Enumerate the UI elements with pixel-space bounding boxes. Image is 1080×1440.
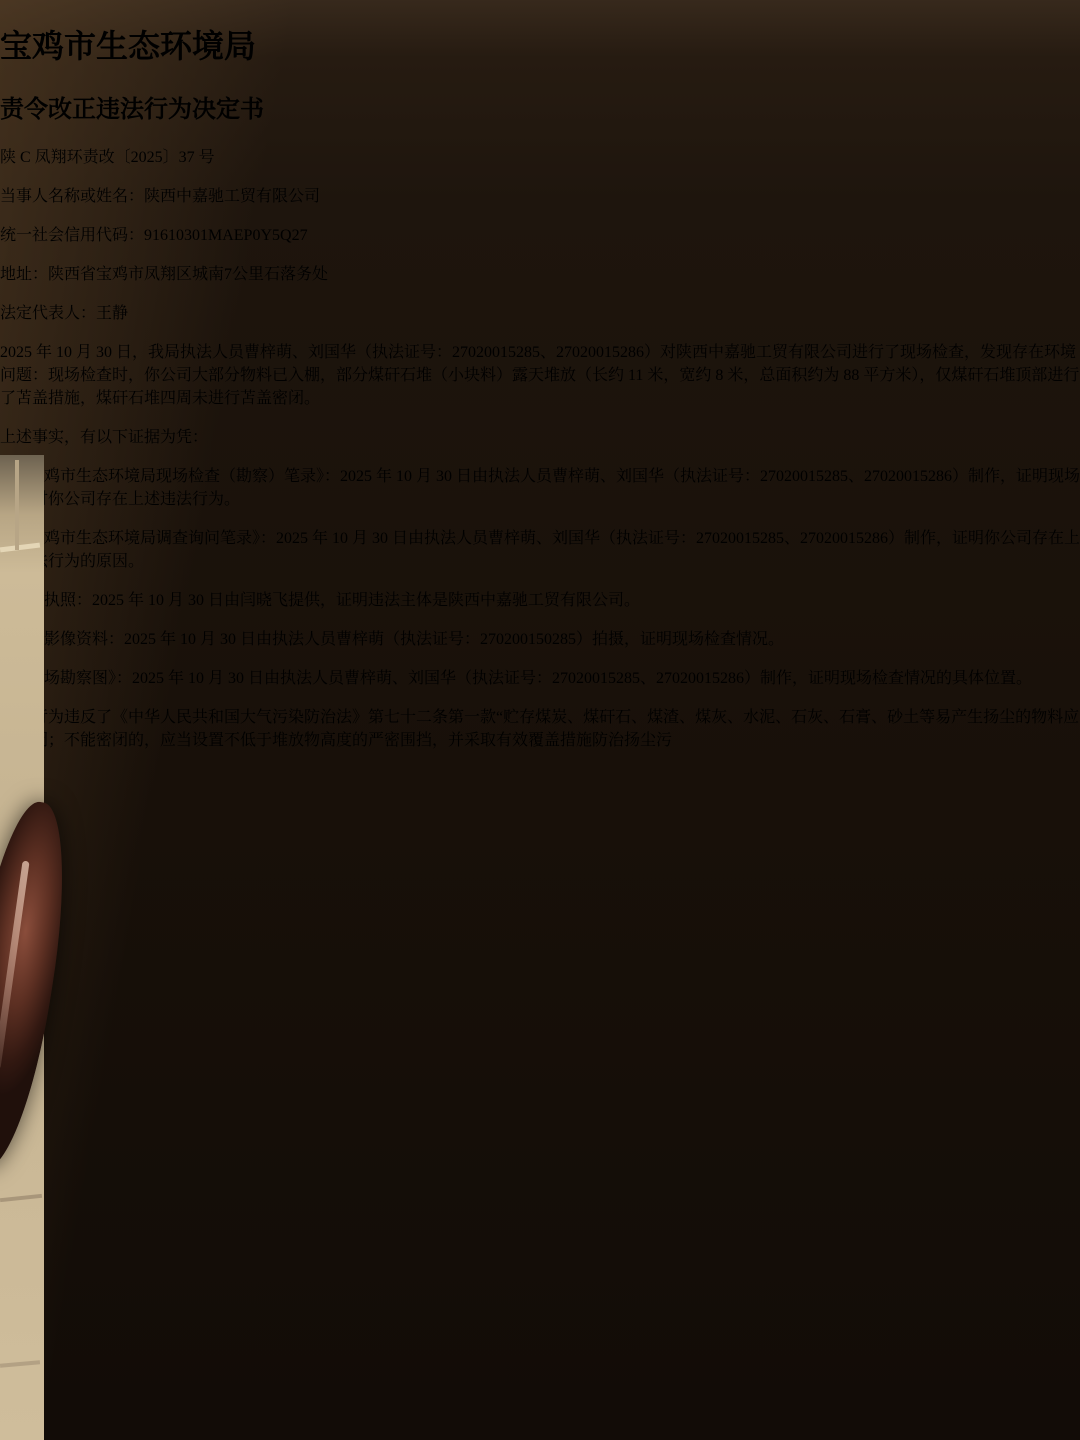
paragraph-inspection-findings: 2025 年 10 月 30 日，我局执法人员曹梓萌、刘国华（执法证号：2702… bbox=[0, 339, 1080, 408]
paragraph-evidence-5: 5.《现场勘察图》：2025 年 10 月 30 日由执法人员曹梓萌、刘国华（执… bbox=[0, 665, 1080, 688]
field-credit-code: 统一社会信用代码：91610301MAEP0Y5Q27 bbox=[0, 222, 1080, 245]
field-address: 地址：陕西省宝鸡市凤翔区城南7公里石落务处 bbox=[0, 261, 1080, 284]
field-party-name: 当事人名称或姓名：陕西中嘉驰工贸有限公司 bbox=[0, 183, 1080, 206]
paragraph-legal-basis: 上述行为违反了《中华人民共和国大气污染防治法》第七十二条第一款“贮存煤炭、煤矸石… bbox=[0, 704, 1080, 750]
issuing-authority-title: 宝鸡市生态环境局 bbox=[0, 21, 1080, 67]
document-type-title: 责令改正违法行为决定书 bbox=[0, 89, 1080, 124]
tile-grout-line bbox=[15, 460, 19, 550]
field-legal-representative: 法定代表人：王静 bbox=[0, 300, 1080, 323]
paper-document: 宝鸡市生态环境局 责令改正违法行为决定书 陕 C 凤翔环责改〔2025〕37 号… bbox=[0, 21, 1080, 749]
paragraph-evidence-1: 1.《宝鸡市生态环境局现场检查（勘察）笔录》：2025 年 10 月 30 日由… bbox=[0, 463, 1080, 509]
paragraph-evidence-4: 4.现场影像资料：2025 年 10 月 30 日由执法人员曹梓萌（执法证号：2… bbox=[0, 626, 1080, 649]
paragraph-evidence-2: 2.《宝鸡市生态环境局调查询问笔录》：2025 年 10 月 30 日由执法人员… bbox=[0, 525, 1080, 571]
document-text-block: 宝鸡市生态环境局 责令改正违法行为决定书 陕 C 凤翔环责改〔2025〕37 号… bbox=[0, 21, 1080, 749]
paragraph-evidence-intro: 上述事实，有以下证据为凭： bbox=[0, 424, 1080, 447]
document-number: 陕 C 凤翔环责改〔2025〕37 号 bbox=[0, 144, 1080, 167]
photo-scene: 宝鸡市生态环境局 责令改正违法行为决定书 陕 C 凤翔环责改〔2025〕37 号… bbox=[0, 0, 1080, 1440]
paragraph-evidence-3: 3.营业执照：2025 年 10 月 30 日由闫晓飞提供，证明违法主体是陕西中… bbox=[0, 587, 1080, 610]
